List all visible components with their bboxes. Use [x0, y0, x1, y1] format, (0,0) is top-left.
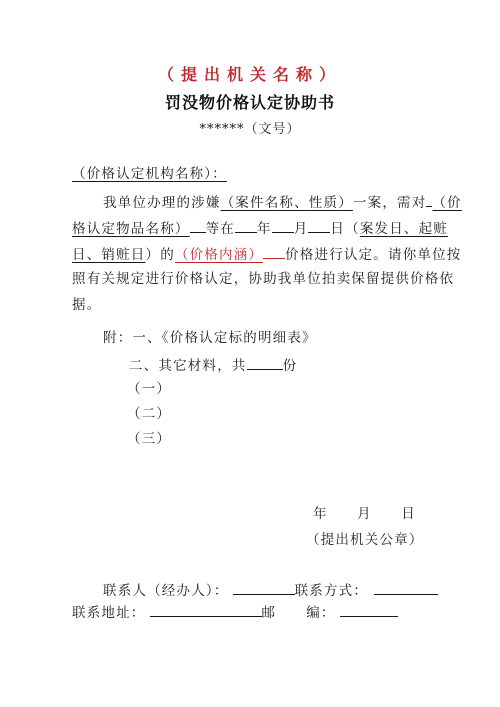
postal-code-label-a: 邮 — [262, 605, 277, 621]
copies-count-blank — [247, 355, 283, 370]
signature-seal: （提出机关公章） — [306, 531, 424, 549]
year-blank — [235, 218, 257, 233]
year-label: 年 — [257, 221, 272, 237]
postal-code-blank — [340, 602, 398, 617]
contact-line-1: 联系人（经办人）：联系方式： — [103, 580, 438, 600]
document-number: ******（文号） — [0, 121, 500, 139]
addressee: （价格认定机构名称）： — [72, 165, 227, 183]
body-line-3: 日、销赃日）的（价格内涵）价格进行认定。请你单位按 — [72, 244, 462, 264]
body-text: 价格进行认定。请你单位按 — [285, 247, 461, 263]
document-title: 罚没物价格认定协助书 — [0, 94, 500, 112]
attachment-line-1: 附：一、《价格认定标的明细表》 — [103, 329, 317, 347]
attachment-line-2: 二、其它材料，共份 — [129, 355, 297, 375]
addressee-org-name: （价格认定机构名称）： — [72, 166, 227, 182]
attachment-sub-item-2: （二） — [127, 405, 171, 423]
contact-method-blank — [374, 580, 438, 595]
body-text: 一案，需对 — [353, 195, 427, 211]
item-name-field-part2: 格认定物品名称） — [72, 221, 190, 237]
attachment-sub-item-1: （一） — [127, 380, 171, 398]
body-text: 等在 — [206, 221, 235, 237]
body-line-2: 格认定物品名称）等在年月日（案发日、起赃 — [72, 218, 448, 238]
contact-method-label: 联系方式： — [295, 583, 369, 599]
price-connotation-field: （价格内涵） — [175, 247, 263, 263]
contact-address-blank — [150, 602, 262, 617]
attachments-label: 附： — [103, 330, 132, 346]
day-label: 日（ — [330, 221, 359, 237]
date-description-part2: 日、销赃日 — [72, 247, 146, 263]
body-line-4: 照有关规定进行价格认定，协助我单位拍卖保留提供价格依 — [72, 270, 454, 288]
contact-person-label: 联系人（经办人）： — [103, 583, 229, 599]
attachment-item-2: 二、其它材料，共 — [129, 358, 247, 374]
body-text: 我单位办理的涉嫌 — [103, 195, 221, 211]
contact-address-label: 联系地址： — [72, 605, 146, 621]
contact-line-2: 联系地址：邮编： — [72, 602, 398, 622]
item-name-field-part1: （价 — [432, 195, 461, 211]
date-description-part1: 案发日、起赃 — [360, 221, 448, 237]
underline-blank — [190, 218, 206, 233]
underline-blank — [263, 244, 285, 259]
day-blank — [308, 218, 330, 233]
document-number-stars: ****** — [199, 122, 244, 137]
month-blank — [272, 218, 294, 233]
case-name-field: （案件名称、性质） — [221, 195, 353, 211]
body-line-5: 据。 — [72, 296, 101, 314]
attachment-sub-item-3: （三） — [127, 430, 171, 448]
document-page: （提出机关名称） 罚没物价格认定协助书 ******（文号） （价格认定机构名称… — [0, 0, 500, 707]
contact-person-blank — [233, 580, 295, 595]
issuing-org-name: （提出机关名称） — [0, 66, 500, 84]
month-label: 月 — [294, 221, 309, 237]
body-text: ）的 — [146, 247, 175, 263]
document-number-label: （文号） — [244, 122, 300, 137]
attachment-item-1: 一、《价格认定标的明细表》 — [132, 330, 316, 346]
body-line-1: 我单位办理的涉嫌（案件名称、性质）一案，需对（价 — [103, 192, 462, 212]
signature-date: 年 月 日 — [313, 505, 416, 523]
copies-unit: 份 — [283, 358, 298, 374]
postal-code-label-b: 编： — [306, 605, 335, 621]
